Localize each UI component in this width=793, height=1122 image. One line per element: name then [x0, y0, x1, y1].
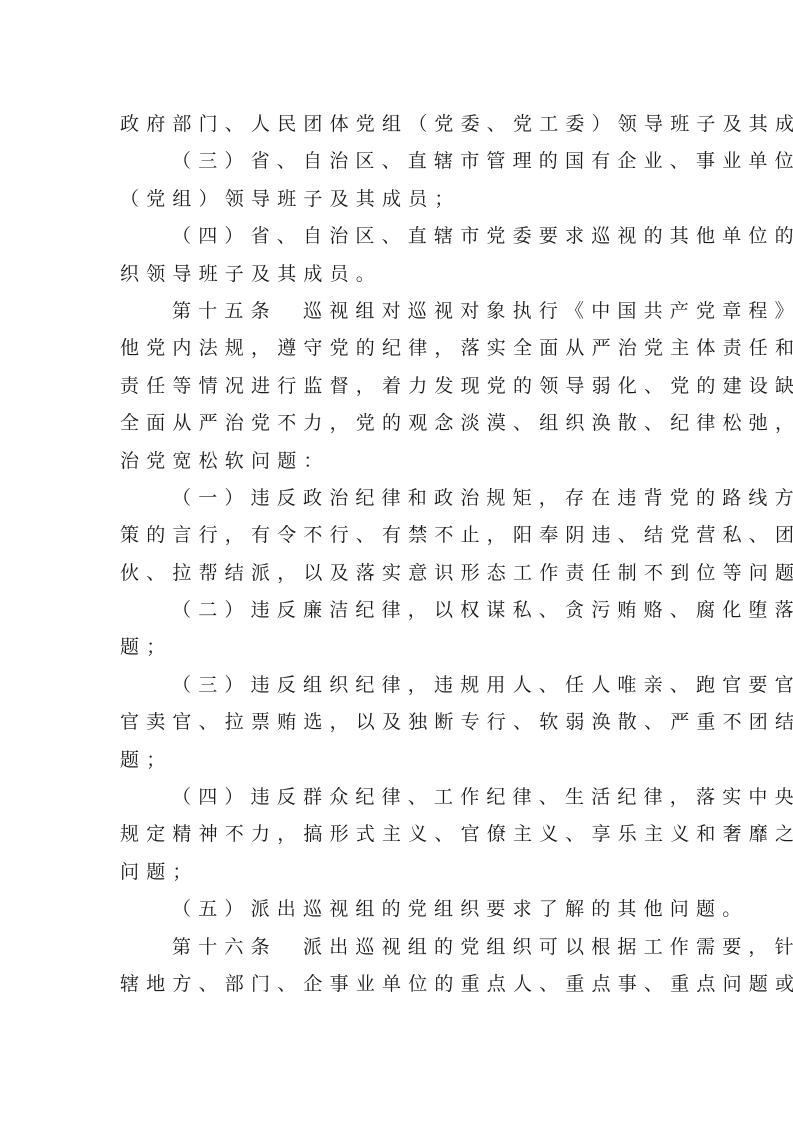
clause-4-line: （四）省、自治区、直辖市党委要求巡视的其他单位的党组	[120, 218, 676, 255]
text-line: 织领导班子及其成员。	[120, 256, 676, 293]
text-line: 政府部门、人民团体党组（党委、党工委）领导班子及其成员；	[120, 106, 676, 143]
text-line: 策的言行，有令不行、有禁不止，阳奉阴违、结党营私、团团伙	[120, 517, 676, 554]
text-line: 辖地方、部门、企事业单位的重点人、重点事、重点问题或者巡	[120, 966, 676, 1003]
text-line: 他党内法规，遵守党的纪律，落实全面从严治党主体责任和监督	[120, 330, 676, 367]
article-15-line: 第十五条 巡视组对巡视对象执行《中国共产党章程》和其	[120, 293, 676, 330]
text-line: 全面从严治党不力，党的观念淡漠、组织涣散、纪律松弛，管党	[120, 405, 676, 442]
text-line: 官卖官、拉票贿选，以及独断专行、软弱涣散、严重不团结等问	[120, 704, 676, 741]
text-line: 题；	[120, 629, 676, 666]
text-line: 问题；	[120, 854, 676, 891]
text-line: 治党宽松软问题：	[120, 443, 676, 480]
document-page: 政府部门、人民团体党组（党委、党工委）领导班子及其成员； （三）省、自治区、直辖…	[120, 106, 676, 1003]
item-4-line: （四）违反群众纪律、工作纪律、生活纪律，落实中央八项	[120, 779, 676, 816]
text-line: 责任等情况进行监督，着力发现党的领导弱化、党的建设缺失、	[120, 368, 676, 405]
text-line: 规定精神不力，搞形式主义、官僚主义、享乐主义和奢靡之风等	[120, 816, 676, 853]
item-1-line: （一）违反政治纪律和政治规矩，存在违背党的路线方针政	[120, 480, 676, 517]
text-line: 伙、拉帮结派，以及落实意识形态工作责任制不到位等问题；	[120, 555, 676, 592]
item-2-line: （二）违反廉洁纪律，以权谋私、贪污贿赂、腐化堕落等问	[120, 592, 676, 629]
article-16-line: 第十六条 派出巡视组的党组织可以根据工作需要，针对所	[120, 929, 676, 966]
item-3-line: （三）违反组织纪律，违规用人、任人唯亲、跑官要官、买	[120, 667, 676, 704]
text-line: 题；	[120, 742, 676, 779]
item-5-line: （五）派出巡视组的党组织要求了解的其他问题。	[120, 891, 676, 928]
clause-3-line: （三）省、自治区、直辖市管理的国有企业、事业单位党委	[120, 143, 676, 180]
text-line: （党组）领导班子及其成员；	[120, 181, 676, 218]
